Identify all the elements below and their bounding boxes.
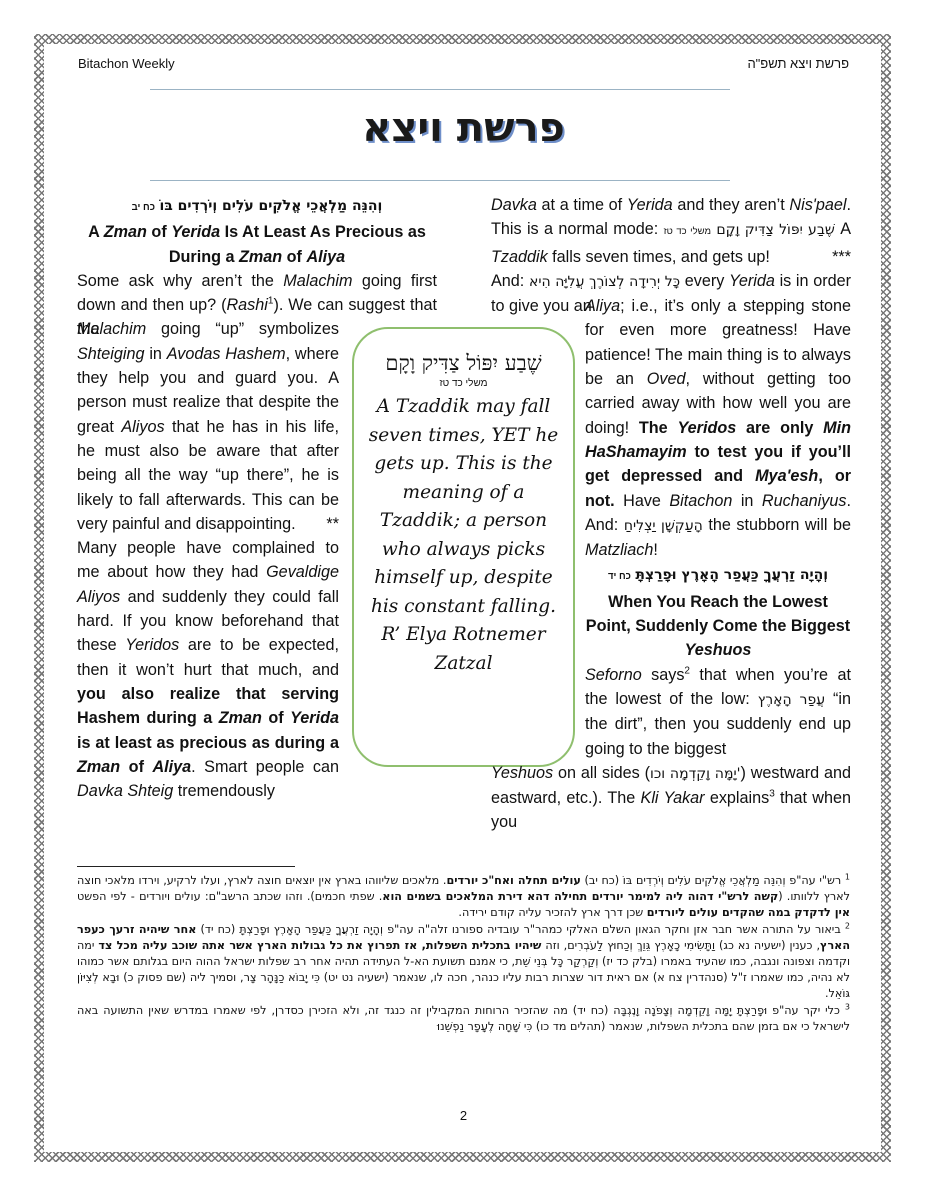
section-heading-2: When You Reach the Lowest Point, Suddenl… <box>585 590 851 663</box>
text-run: 1 <box>845 872 850 881</box>
text-run: Shteiging <box>77 345 145 363</box>
header-publication-name: Bitachon Weekly <box>78 56 175 71</box>
text-run: שֶׁבַע יִפּוֹל צַדִּיק וָקָם <box>716 222 834 238</box>
section-heading-1: A Zman of Yerida Is At Least As Precious… <box>77 220 437 269</box>
text-run: Seforno <box>585 666 642 684</box>
text-run: of <box>282 248 306 266</box>
text-run: every <box>680 272 729 290</box>
text-run: . שפתי חכמים). וזהו שכתב הרשב"ם: עולים ו… <box>77 890 382 903</box>
text-run: Yeshuos <box>685 641 752 659</box>
text-run: Bitachon <box>669 492 732 510</box>
text-run: הָעַקְשָׁן יַצְלִיחַ <box>624 518 703 534</box>
text-run: the stubborn will be <box>703 516 851 534</box>
text-run: Ruchaniyus <box>762 492 847 510</box>
footnote-2: 2 ביאור על התורה אשר חבר אזן וחקר הגאון … <box>77 922 850 1003</box>
footnote-1: 1 רש"י עה"פ וְהִנֵּה מַלְאֲכֵי אֱלֹקִים … <box>77 873 850 922</box>
text-run: Have <box>615 492 670 510</box>
paragraph-3: Davka at a time of Yerida and they aren’… <box>491 193 851 269</box>
page-number: 2 <box>0 1108 927 1123</box>
text-run: משלי כד טז <box>664 226 711 237</box>
paragraph-5: Seforno says2 that when you’re at the lo… <box>585 663 851 761</box>
text-run: 2 <box>845 921 850 930</box>
text-run: at a time of <box>537 196 627 214</box>
text-run: ביאור על התורה אשר חבר אזן וחקר הגאון הש… <box>196 923 845 936</box>
paragraph-5-cont: Yeshuos on all sides (יָמָּה וָקֵדְמָה ו… <box>491 761 851 835</box>
text-run: Malachim <box>77 320 146 338</box>
text-run: Davka <box>491 196 537 214</box>
text-run: Zman <box>219 709 262 727</box>
text-run: Zman <box>77 758 120 776</box>
text-run: Malachim <box>283 272 352 290</box>
text-run: in <box>732 492 762 510</box>
pasuk-heading-1: וְהִנֵּה מַלְאֲכֵי אֱלֹקִים עֹלִים וְיֹר… <box>77 193 437 220</box>
text-run: is at least as precious as during a <box>77 734 339 752</box>
text-run: רש"י עה"פ וְהִנֵּה מַלְאֲכֵי אֱלֹקִים עֹ… <box>581 874 845 887</box>
text-run: tremendously <box>173 782 275 800</box>
text-run: Some ask why aren’t the <box>77 272 283 290</box>
text-run: Kli Yakar <box>641 789 705 807</box>
text-run: Tzaddik <box>491 248 548 266</box>
text-run: of <box>147 223 171 241</box>
text-run: of <box>120 758 152 776</box>
text-run: . Smart people can <box>191 758 339 776</box>
text-run: Yerida <box>729 272 775 290</box>
text-run: עולים תחלה ואח"כ יורדים <box>446 874 580 887</box>
text-run: A <box>835 220 851 238</box>
text-run: A <box>88 223 104 241</box>
paragraph-4-body: Aliya; i.e., it’s only a stepping stone … <box>585 294 851 562</box>
text-run: Aliyos <box>121 418 164 436</box>
text-run: When You Reach the Lowest Point, Suddenl… <box>586 593 850 635</box>
text-run: going “up” symbolizes <box>146 320 339 338</box>
text-run: , כענין (ישעיה נא כג) וַתָּשִׂימִי כָאָר… <box>541 939 820 952</box>
header-parsha-date: פרשת ויצא תשפ"ה <box>747 56 849 71</box>
title-top-rule <box>150 89 730 90</box>
text-run: קשה לרש"י דהוה ליה למימר יורדים תחילה דה… <box>382 890 778 903</box>
text-run: Yeridos <box>677 419 736 437</box>
text-run: explains <box>705 789 770 807</box>
text-run: יָמָּה וָקֵדְמָה וכו' <box>650 766 740 782</box>
text-run: Rashi <box>226 296 267 314</box>
text-run: וְהָיָה זַרְעֲךָ כַּעֲפַר הָאָרֶץ וּפָרַ… <box>635 567 828 583</box>
text-run: שיהיו בתכלית השפלות, אז תפרוץ את כל גבול… <box>98 939 541 952</box>
text-run: עֲפַר הָאָרֶץ <box>758 692 825 708</box>
paragraph-1-cont: Malachim going “up” symbolizes Shteiging… <box>77 317 339 536</box>
text-run: The <box>639 419 678 437</box>
text-run: are only <box>736 419 823 437</box>
text-run: Aliya <box>306 248 345 266</box>
right-column: Davka at a time of Yerida and they aren’… <box>491 193 851 835</box>
text-run: 3 <box>845 1002 850 1011</box>
text-run: of <box>262 709 290 727</box>
text-run: כח יד <box>608 571 631 582</box>
text-run: Zman <box>104 223 147 241</box>
footnote-3: 3 כלי יקר עה"פ וּפָרַצְתָּ יָמָּה וָקֵדְ… <box>77 1003 850 1035</box>
footnotes: 1 רש"י עה"פ וְהִנֵּה מַלְאֲכֵי אֱלֹקִים … <box>77 873 850 1035</box>
pasuk-heading-2: וְהָיָה זַרְעֲךָ כַּעֲפַר הָאָרֶץ וּפָרַ… <box>585 562 851 589</box>
page-title: פרשת ויצא <box>0 105 927 151</box>
text-run: Davka Shteig <box>77 782 173 800</box>
text-run: Aliya <box>152 758 191 776</box>
pasuk-source: כח יב <box>132 202 155 213</box>
pasuk-text: וְהִנֵּה מַלְאֲכֵי אֱלֹקִים עֹלִים וְיֹר… <box>159 198 382 214</box>
text-run: שכן דרך ארץ להזכיר עליה קודם ירידה. <box>458 906 646 919</box>
text-run: Nis'pael <box>789 196 846 214</box>
text-run: אין לדקדק במה שהקדים עולים ליורדים <box>647 906 850 919</box>
paragraph-2: Many people have complained to me about … <box>77 536 339 803</box>
text-run: Avodas Hashem <box>167 345 286 363</box>
text-run: Aliya <box>585 297 620 315</box>
text-run: falls seven times, and gets up! <box>548 248 770 266</box>
title-bottom-rule <box>150 180 730 181</box>
text-run: and they aren’t <box>673 196 790 214</box>
text-run: כָּל יְרִידָה לְצוֹרֶךְ עֲלִיָּה הִיא <box>529 274 680 290</box>
text-run: Oved <box>647 370 686 388</box>
text-run: Yeridos <box>125 636 179 654</box>
text-run: Mya'esh <box>755 467 818 485</box>
text-run: Yerida <box>171 223 220 241</box>
text-run: Zman <box>239 248 282 266</box>
footnote-separator <box>77 866 295 867</box>
text-run: And: <box>491 272 529 290</box>
text-run: Yerida <box>290 709 339 727</box>
text-run: כלי יקר עה"פ וּפָרַצְתָּ יָמָּה וָקֵדְמָ… <box>77 1004 850 1033</box>
text-run: in <box>145 345 167 363</box>
text-run: on all sides ( <box>553 764 650 782</box>
text-run: Yeshuos <box>491 764 553 782</box>
text-run: ! <box>653 541 658 559</box>
text-run: says <box>642 666 685 684</box>
text-run: Matzliach <box>585 541 653 559</box>
text-run: Yerida <box>627 196 673 214</box>
